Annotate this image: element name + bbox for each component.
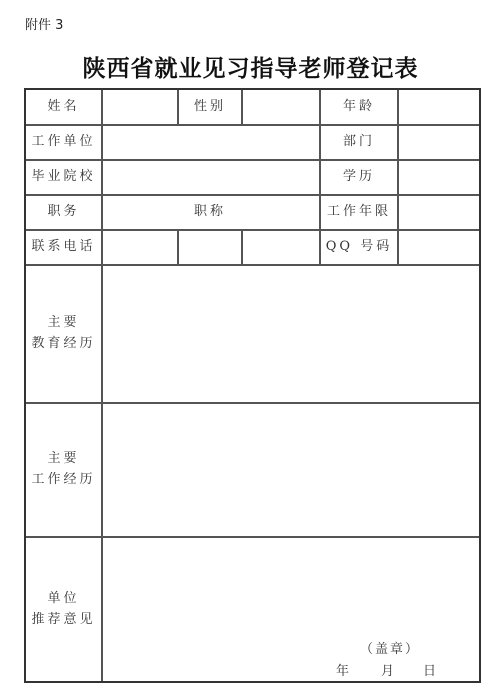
work-unit-field[interactable]: [103, 125, 319, 159]
registration-form: 姓名 性别 年龄 工作单位 部门 毕业院校 学历 职务 职称 工作年限 联系电话…: [24, 88, 481, 683]
age-field[interactable]: [399, 90, 479, 124]
label-line: 单位: [47, 589, 79, 610]
gender-field[interactable]: [243, 90, 319, 124]
label-line: 推荐意见: [31, 610, 95, 631]
label-education-level: 学历: [321, 160, 397, 194]
seal-label: （盖章）: [360, 638, 420, 657]
label-gender: 性别: [179, 90, 241, 124]
work-history-field[interactable]: [103, 404, 479, 536]
department-field[interactable]: [399, 125, 479, 159]
date-year-label: 年: [336, 660, 351, 679]
phone-field[interactable]: [103, 230, 319, 264]
education-history-field[interactable]: [103, 266, 479, 402]
date-month-label: 月: [381, 660, 396, 679]
label-education-history: 主要 教育经历: [26, 266, 101, 402]
label-line: 工作经历: [31, 470, 95, 491]
attachment-label: 附件 3: [25, 14, 63, 33]
qq-field[interactable]: [399, 230, 479, 264]
label-phone: 联系电话: [26, 230, 101, 264]
label-age: 年龄: [321, 90, 397, 124]
date-day-label: 日: [423, 660, 438, 679]
position-field[interactable]: [103, 195, 177, 229]
label-line: 教育经历: [31, 334, 95, 355]
label-title: 职称: [179, 195, 241, 229]
years-of-work-field[interactable]: [399, 195, 479, 229]
label-work-history: 主要 工作经历: [26, 404, 101, 536]
label-line: 主要: [47, 313, 79, 334]
label-line: 主要: [47, 449, 79, 470]
label-graduate-school: 毕业院校: [26, 160, 101, 194]
label-position: 职务: [26, 195, 101, 229]
title-field[interactable]: [243, 195, 319, 229]
label-recommendation: 单位 推荐意见: [26, 538, 101, 681]
label-work-unit: 工作单位: [26, 125, 101, 159]
label-qq: QQ 号码: [321, 230, 397, 264]
education-level-field[interactable]: [399, 160, 479, 194]
label-years-of-work: 工作年限: [321, 195, 397, 229]
name-field[interactable]: [103, 90, 177, 124]
label-name: 姓名: [26, 90, 101, 124]
page-title: 陕西省就业见习指导老师登记表: [0, 50, 501, 83]
graduate-school-field[interactable]: [103, 160, 319, 194]
label-department: 部门: [321, 125, 397, 159]
